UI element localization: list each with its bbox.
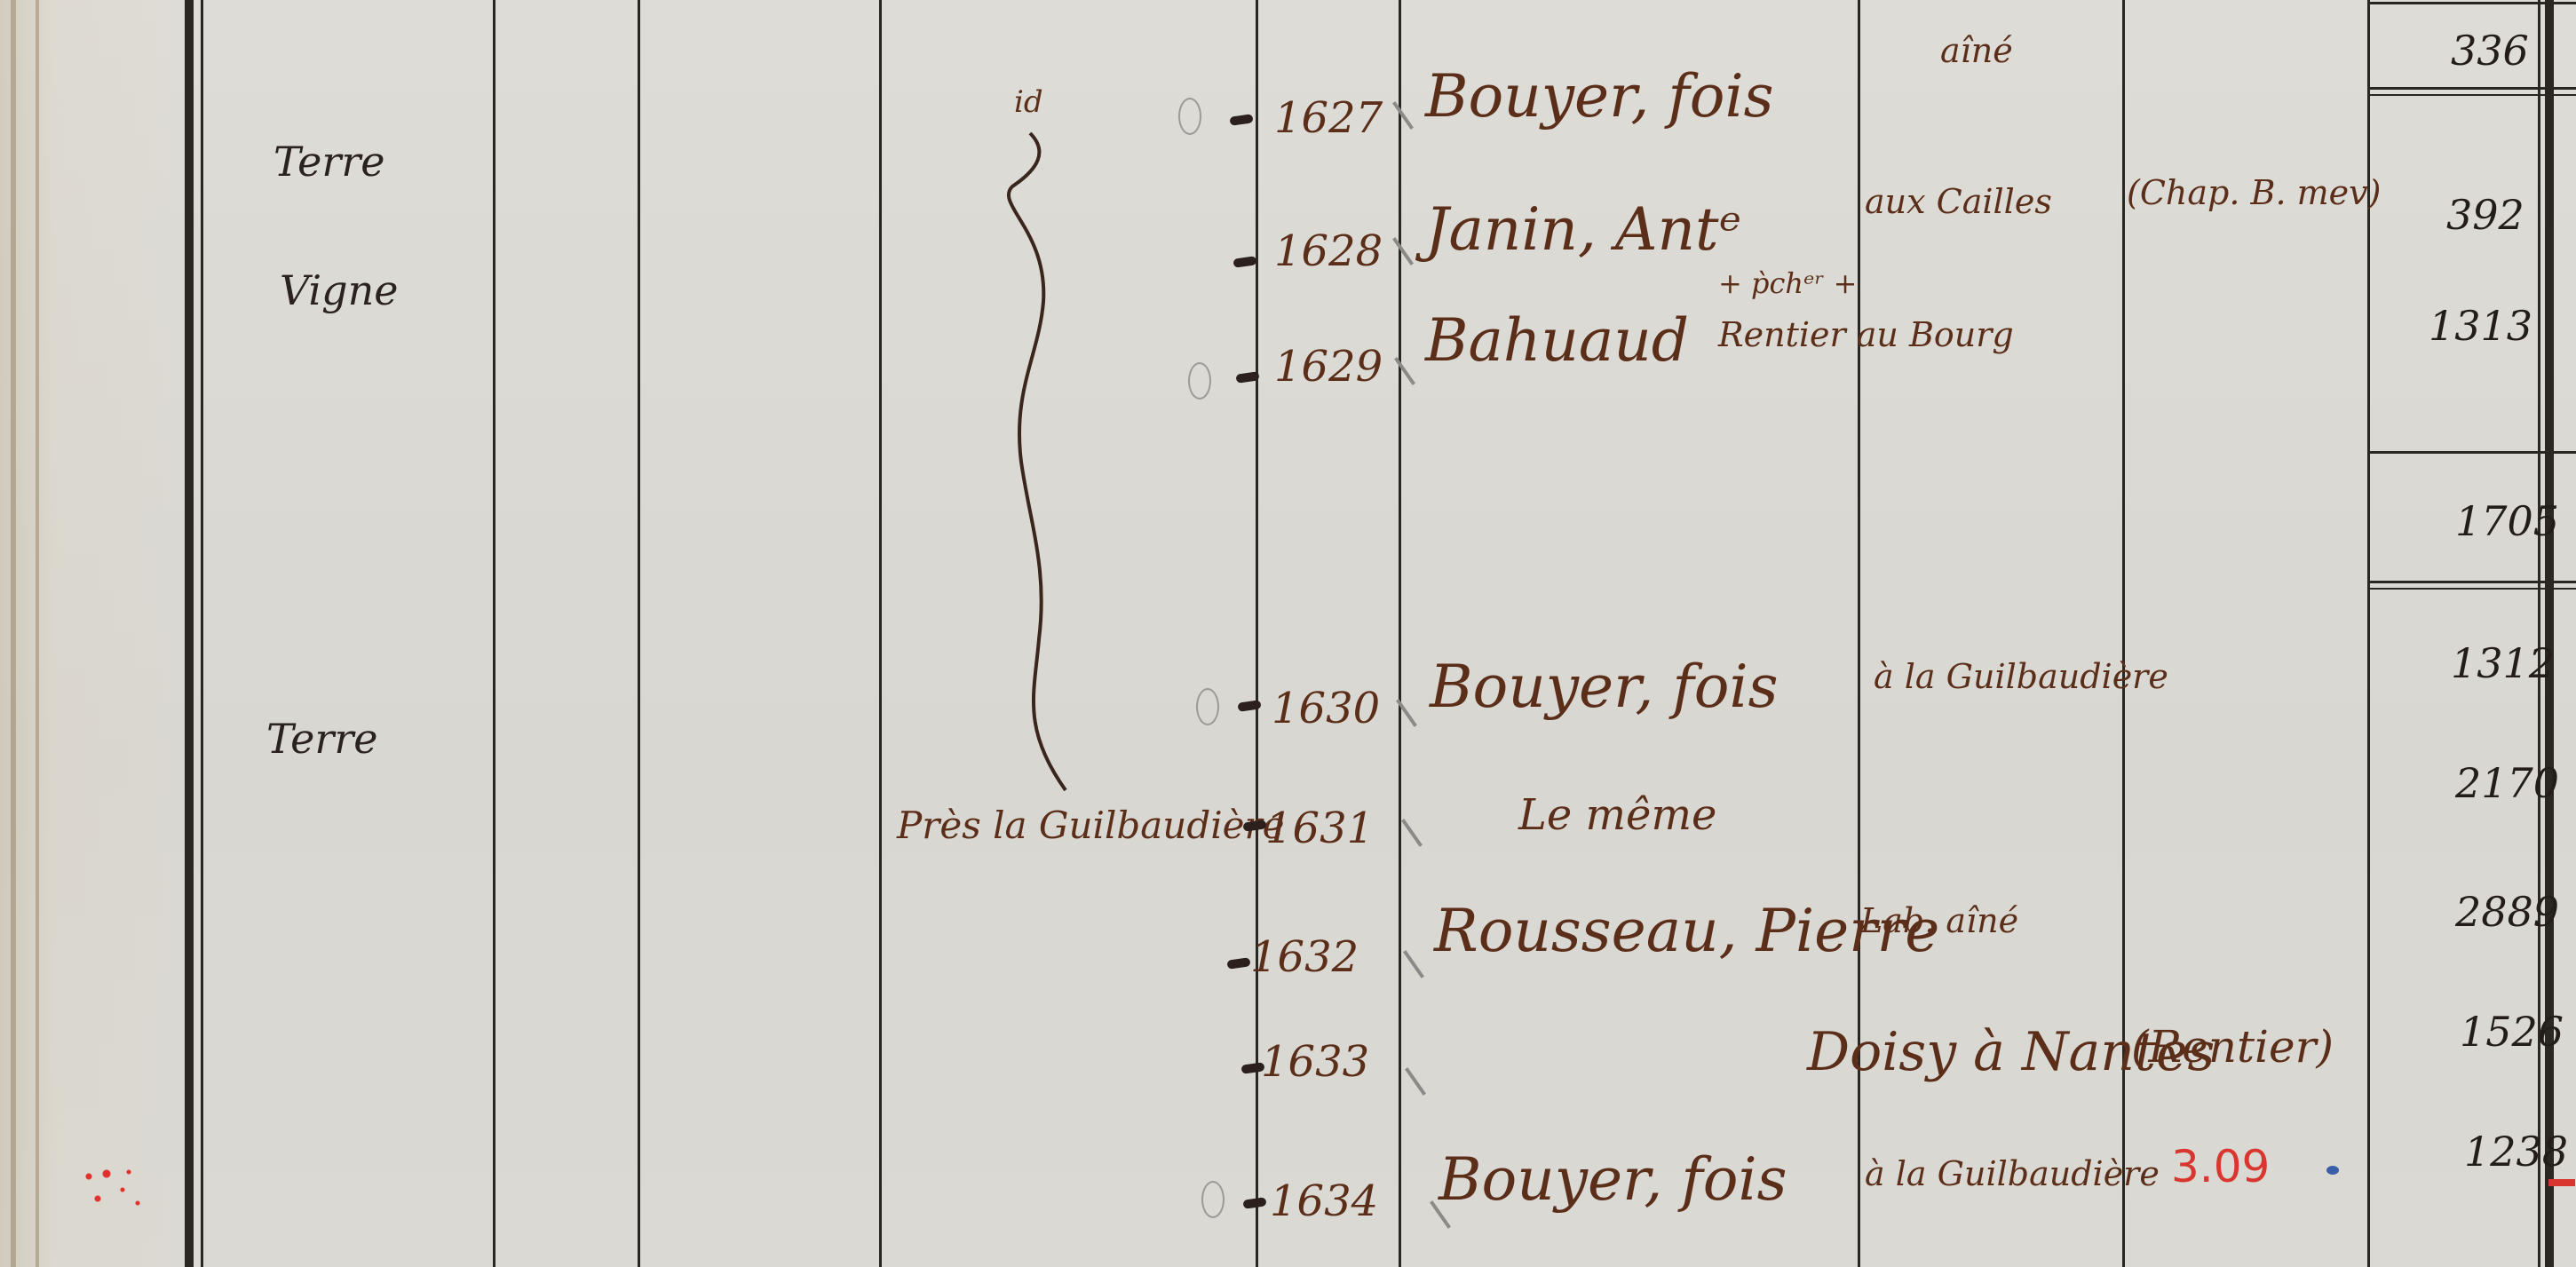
owner-detail: aux Cailles	[1865, 182, 2052, 221]
pencil-tick	[1392, 101, 1414, 130]
amount-value: 336	[2451, 27, 2529, 75]
blue-ink-mark	[2326, 1166, 2339, 1175]
column-rule	[2538, 0, 2540, 1267]
bracket-note: id	[1014, 84, 1043, 120]
owner-name: Bouyer, fois	[1425, 62, 1774, 131]
thick-margin-rule	[185, 0, 194, 1267]
column-rule	[1399, 0, 1401, 1267]
owner-name: Le même	[1518, 790, 1716, 840]
column-rule	[1256, 0, 1258, 1267]
column-rule	[638, 0, 640, 1267]
amount-value: 392	[2446, 191, 2524, 239]
pencil-check-mark	[1178, 98, 1201, 135]
parcel-number: 1632	[1250, 932, 1359, 982]
owner-name: Bouyer, fois	[1430, 653, 1779, 721]
ink-dash-mark	[1226, 957, 1250, 970]
parcel-number: 1628	[1274, 226, 1383, 276]
amount-rule	[2369, 87, 2576, 90]
subtotal-amount: 1705	[2455, 497, 2559, 545]
owner-name: Bahuaud	[1425, 306, 1689, 375]
red-ink-specks	[80, 1163, 151, 1216]
amount-rule	[2369, 2, 2576, 4]
pencil-tick	[1392, 237, 1414, 265]
parcel-number: 1634	[1270, 1176, 1378, 1226]
column-rule	[493, 0, 495, 1267]
page-edge-fold	[11, 0, 16, 1267]
pencil-tick	[1394, 357, 1415, 385]
nature-label: Vigne	[280, 266, 398, 314]
lieu-dit-note: Près la Guilbaudière	[897, 804, 1284, 847]
owner-name: Bouyer, fois	[1439, 1145, 1787, 1214]
pencil-tick	[1403, 950, 1424, 978]
page-edge-fold	[36, 0, 39, 1267]
parcel-number: 1627	[1274, 93, 1383, 143]
pencil-tick	[1405, 1067, 1426, 1096]
owner-superscript: + p̀chᵉʳ +	[1718, 266, 1857, 300]
owner-detail: Lab. aîné	[1860, 901, 2018, 940]
thick-right-rule	[2545, 0, 2554, 1267]
amount-value: 1526	[2460, 1008, 2564, 1056]
amount-value: 2889	[2455, 888, 2559, 936]
nature-label: Terre	[266, 715, 378, 763]
ledger-page: Terre Vigne Terre id Près la Guilbaudièr…	[0, 0, 2576, 1267]
subtotal-rule	[2369, 581, 2576, 583]
owner-name: Janin, Antᵉ	[1425, 195, 1741, 264]
column-rule	[879, 0, 882, 1267]
nature-label: Terre	[273, 138, 385, 186]
owner-extra: (Chap. B. mev)	[2127, 173, 2381, 212]
owner-detail: à la Guilbaudière	[1874, 657, 2168, 696]
subtotal-rule	[2369, 588, 2576, 590]
owner-extra: (Rentier)	[2131, 1021, 2334, 1073]
parcel-number: 1629	[1274, 342, 1383, 392]
amount-value: 1313	[2429, 302, 2532, 350]
owner-detail: à la Guilbaudière	[1865, 1154, 2160, 1193]
red-ink-mark	[2548, 1179, 2575, 1186]
ink-dash-mark	[1229, 114, 1253, 126]
pencil-check-mark	[1188, 362, 1211, 400]
pencil-tick	[1401, 819, 1423, 847]
ink-dash-mark	[1233, 256, 1256, 268]
parcel-number: 1633	[1261, 1037, 1369, 1087]
parcel-number: 1631	[1265, 804, 1374, 853]
pencil-check-mark	[1196, 688, 1219, 725]
ink-dash-mark	[1242, 1197, 1266, 1209]
pencil-check-mark	[1201, 1181, 1225, 1218]
subtotal-rule	[2369, 451, 2576, 454]
red-annotation: 3.09	[2171, 1141, 2270, 1192]
owner-detail: aîné	[1940, 31, 2013, 70]
amount-rule	[2369, 94, 2576, 96]
parcel-number: 1630	[1272, 684, 1380, 733]
amount-value: 1312	[2451, 639, 2555, 687]
amount-value: 2170	[2455, 759, 2559, 807]
owner-detail: Rentier au Bourg	[1718, 315, 2014, 354]
margin-rule	[201, 0, 203, 1267]
amount-value: 1238	[2464, 1128, 2568, 1176]
